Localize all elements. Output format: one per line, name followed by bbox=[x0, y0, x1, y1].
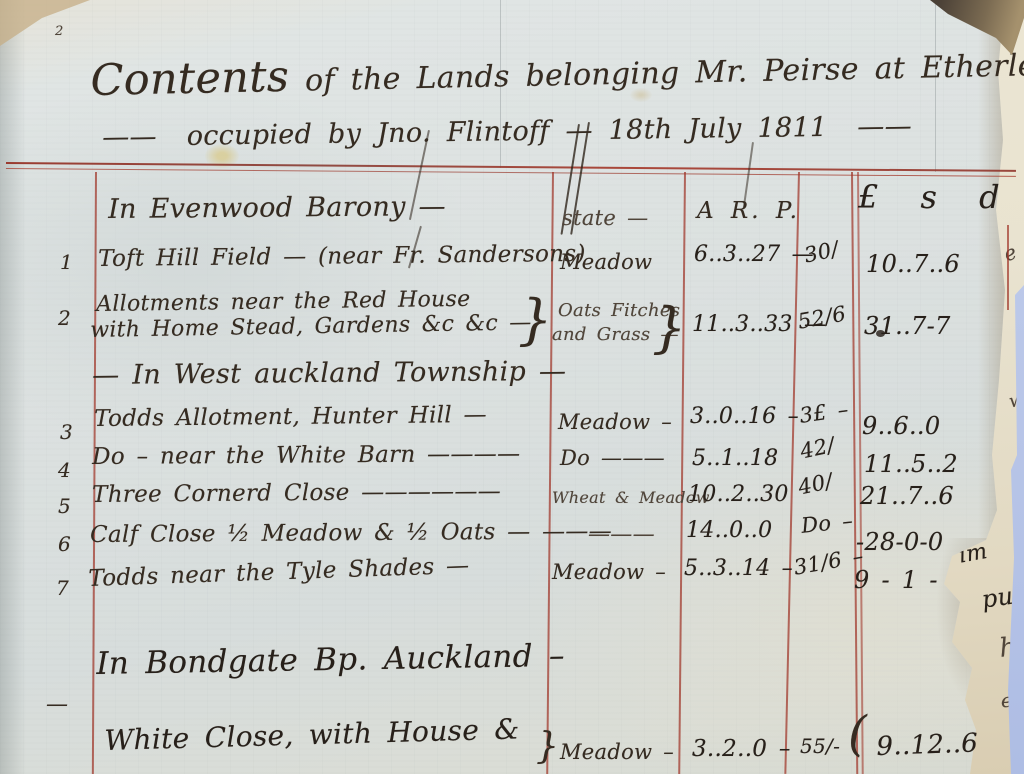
row-description: Three Cornerd Close —————— bbox=[92, 478, 501, 508]
row-rate: 55/- bbox=[800, 734, 840, 758]
page-number-note: 2 bbox=[55, 24, 64, 39]
section-heading-evenwood: In Evenwood Barony — bbox=[108, 191, 446, 225]
row-state: ——— bbox=[588, 522, 655, 547]
row-state: Meadow bbox=[560, 250, 652, 274]
pen-flourish: ( bbox=[848, 706, 867, 762]
row-state: Wheat & Meadow bbox=[552, 488, 710, 507]
brace-mark: } bbox=[536, 726, 559, 767]
row-number: 4 bbox=[58, 458, 71, 482]
row-state: Do ——— bbox=[560, 446, 665, 470]
row-area: 3..2..0 – bbox=[692, 736, 791, 762]
dash-flourish: —— bbox=[857, 111, 912, 143]
row-description: Calf Close ½ Meadow & ½ Oats — ——— bbox=[90, 518, 612, 548]
row-number: 3 bbox=[60, 420, 73, 444]
row-amount: 10..7..6 bbox=[866, 250, 960, 278]
row-state: Meadow – bbox=[552, 560, 666, 584]
dash-flourish: —— bbox=[102, 121, 157, 153]
red-rule-fragment bbox=[1007, 225, 1009, 310]
torn-script-fragment: pu bbox=[980, 582, 1015, 614]
row-area: 6..3..27 — bbox=[694, 242, 814, 267]
row-area: 3..0..16 – bbox=[690, 404, 799, 429]
row-number: 2 bbox=[58, 306, 71, 330]
row-area: 5..1..18 bbox=[692, 446, 778, 471]
torn-script-fragment: e bbox=[1000, 239, 1020, 266]
row-amount: -28-0-0 bbox=[856, 528, 944, 556]
row-amount: 9..12..6 bbox=[876, 728, 979, 762]
row-amount: 9 - 1 - bbox=[854, 566, 938, 594]
brace-mark: } bbox=[652, 296, 687, 359]
title-lead-word: Contents bbox=[90, 52, 290, 106]
row-amount: 31..7-7 bbox=[864, 312, 951, 340]
left-edge-shading bbox=[0, 0, 26, 774]
section-heading-west-auckland: — In West auckland Township — bbox=[92, 356, 566, 391]
scanned-ledger-page: e w im pu h e 2 Contents of the Lands be… bbox=[0, 0, 1024, 774]
row-area: 5..3..14 – bbox=[684, 556, 793, 581]
row-state: Meadow – bbox=[560, 740, 674, 764]
row-description: Do – near the White Barn ———— bbox=[92, 441, 520, 470]
row-amount: 9..6..0 bbox=[862, 412, 940, 440]
row-state: Meadow – bbox=[558, 410, 672, 434]
column-header-state: state — bbox=[562, 206, 648, 230]
row-description: Todds Allotment, Hunter Hill — bbox=[94, 402, 487, 432]
margin-dash: — bbox=[46, 692, 68, 717]
row-amount: 21..7..6 bbox=[860, 482, 954, 510]
row-description: Toft Hill Field — (near Fr. Sandersons) bbox=[98, 241, 586, 272]
row-number: 6 bbox=[58, 532, 71, 556]
row-area: 14..0..0 bbox=[686, 518, 772, 543]
row-area: 10..2..30 bbox=[688, 482, 789, 507]
column-header-area: A R. P. bbox=[697, 198, 800, 224]
row-amount: 11..5..2 bbox=[864, 450, 958, 478]
column-header-money: £ s d bbox=[858, 178, 1014, 216]
brace-mark: } bbox=[518, 288, 553, 351]
row-number: 5 bbox=[58, 494, 71, 518]
row-number: 7 bbox=[56, 576, 69, 600]
row-number: 1 bbox=[60, 250, 73, 274]
